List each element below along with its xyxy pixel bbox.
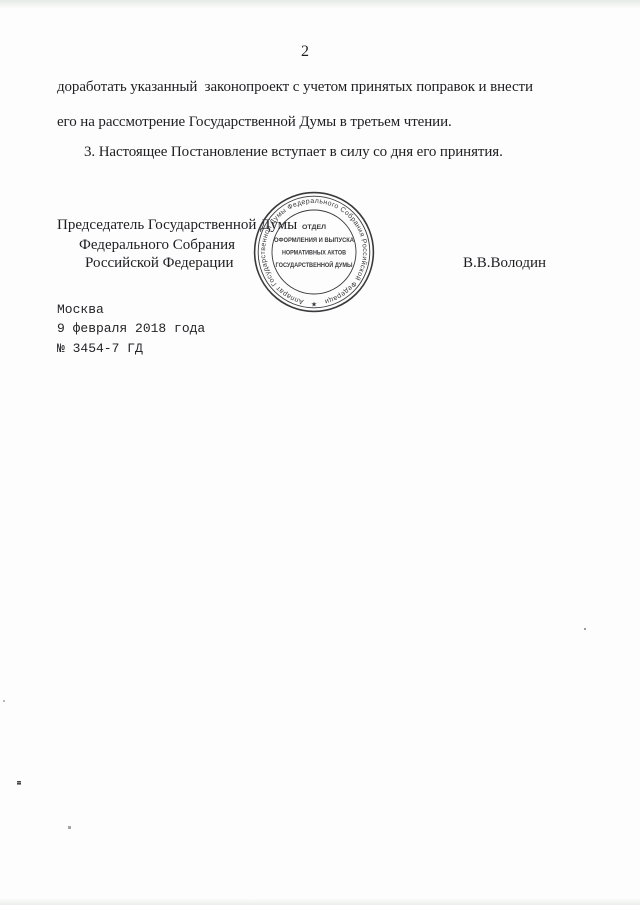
stamp-star-icon: ★ (311, 301, 317, 309)
body-paragraph-line-1: доработать указанный законопроект с учет… (57, 78, 533, 96)
signatory-title-line-2: Федерального Собрания (79, 236, 235, 254)
stamp-center-line-2: ОФОРМЛЕНИЯ И ВЫПУСКА (274, 237, 354, 244)
stamp-center-line-3: НОРМАТИВНЫХ АКТОВ (282, 250, 346, 257)
stamp-center-line-4: ГОСУДАРСТВЕННОЙ ДУМЫ (276, 261, 353, 269)
footer-city: Москва (57, 303, 104, 316)
footer-doc-number: № 3454-7 ГД (57, 342, 143, 355)
body-item-3: 3. Настоящее Постановление вступает в си… (84, 143, 503, 161)
page-number: 2 (301, 44, 309, 60)
document-page: 2 доработать указанный законопроект с уч… (0, 0, 640, 905)
scan-dust-speck (3, 700, 5, 702)
scan-edge-bottom (0, 898, 640, 905)
signatory-name: В.В.Володин (463, 254, 546, 272)
scan-dust-speck (68, 826, 71, 829)
stamp-center-line-1: ОТДЕЛ (302, 224, 326, 231)
official-round-stamp: Аппарат Государственной Думы Федеральног… (244, 182, 384, 322)
signatory-title-line-3: Российской Федерации (85, 254, 234, 272)
scan-dust-speck (17, 781, 21, 785)
scan-dust-speck (584, 628, 586, 630)
body-paragraph-line-2: его на рассмотрение Государственной Думы… (57, 113, 452, 131)
scan-edge-top (0, 0, 640, 9)
footer-date: 9 февраля 2018 года (57, 322, 205, 335)
stamp-center-caption: ОТДЕЛ ОФОРМЛЕНИЯ И ВЫПУСКА НОРМАТИВНЫХ А… (274, 224, 354, 269)
